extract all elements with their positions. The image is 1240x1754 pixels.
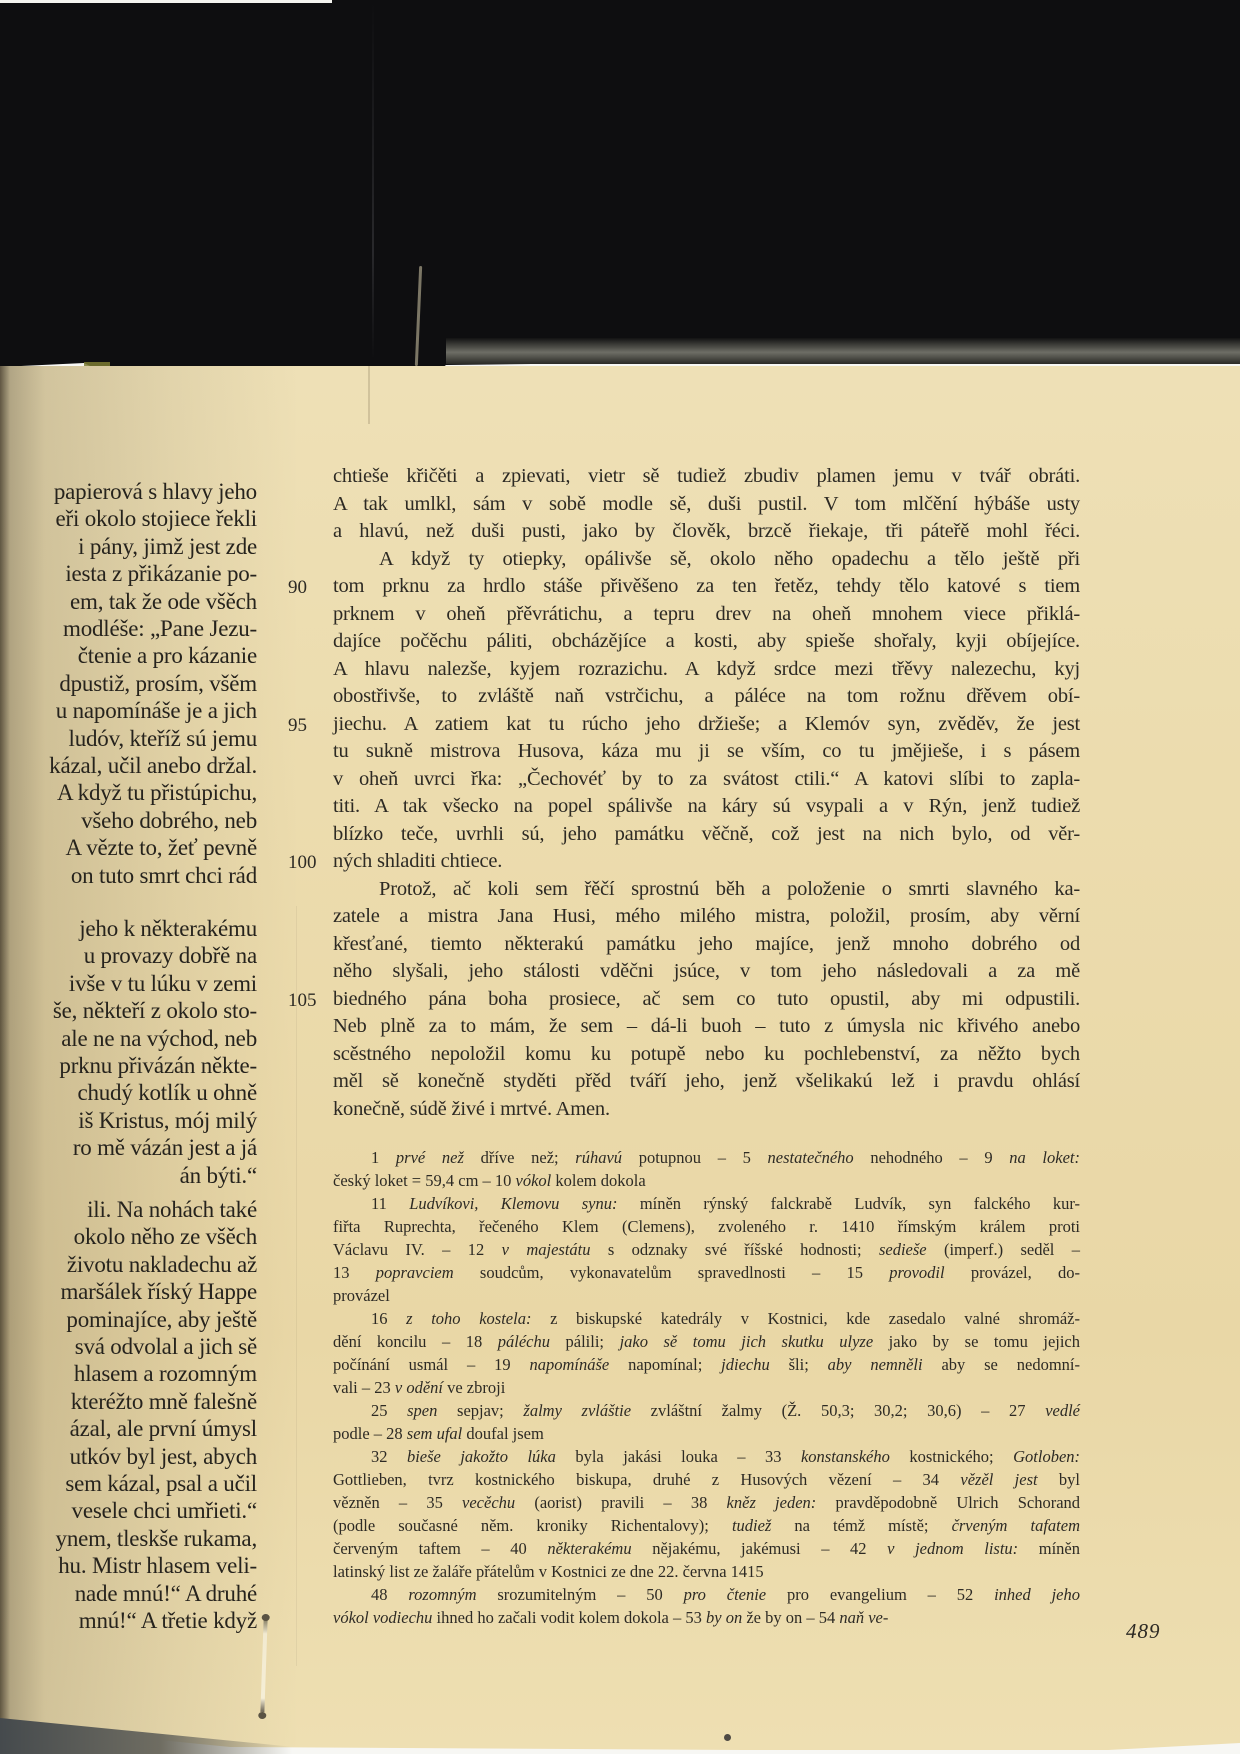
main-text-line: zatele a mistra Jana Husi, mého milého m… xyxy=(333,903,1080,931)
left-text-line: čtenie a pro kázanie xyxy=(78,642,257,669)
footnote-text: Gottlieben, tvrz kostnického biskupa, dr… xyxy=(333,1470,960,1489)
left-text-line: chudý kotlík u ohně xyxy=(77,1079,257,1106)
footnote-text: fiřta Ruprechta, řečeného Klem (Clemens)… xyxy=(333,1217,1080,1236)
left-text-line: maršálek říský Happe xyxy=(60,1278,257,1305)
main-text: A když ty otiepky, opálivše sě, okolo ně… xyxy=(379,548,1080,570)
scan-top-edge xyxy=(0,0,332,3)
left-text-line: životu nakladechu až xyxy=(67,1251,257,1278)
footnote-line: 32 bieše jakožto lúka byla jakási louka … xyxy=(333,1445,1080,1468)
left-text-line: ili. Na nohách také xyxy=(87,1196,257,1223)
main-text: chtieše křičěti a zpievati, vietr sě tud… xyxy=(333,465,1080,487)
footnote-lemma: jdiechu xyxy=(721,1355,770,1374)
footnote-line: 1 prvé než dříve než; rúhavú potupnou – … xyxy=(333,1146,1080,1169)
main-text-line: konečně, súdě živé i mrtvé. Amen. xyxy=(333,1096,1080,1124)
footnote-line: 25 spen sepjav; žalmy zvláštie zvláštní … xyxy=(333,1399,1080,1422)
left-text-line: hlasem a rozomným xyxy=(74,1360,257,1387)
footnote-text: (imperf.) seděl – xyxy=(927,1240,1080,1259)
footnote-text: kostnického; xyxy=(890,1447,1013,1466)
left-text-line: i pány, jimž jest zde xyxy=(78,533,257,560)
left-text-line: prknu přivázán někte- xyxy=(59,1052,257,1079)
main-text-line: něho slyšali, jeho stálosti vděčni jsúce… xyxy=(333,958,1080,986)
main-text-line: chtieše křičěti a zpievati, vietr sě tud… xyxy=(333,463,1080,491)
cover-crease xyxy=(372,0,374,360)
footnote-text: že by on – 54 xyxy=(742,1608,839,1627)
left-text-line: vesele chci umřieti.“ xyxy=(72,1497,257,1524)
footnote-text: šli; xyxy=(770,1355,828,1374)
main-text: tom prknu za hrdlo stáše přivěšeno za te… xyxy=(333,575,1080,597)
footnote-text: latinský list ze žaláře přátelům v Kostn… xyxy=(333,1562,764,1581)
book-scan: papierová s hlavy jehoeři okolo stojiece… xyxy=(0,0,1240,1754)
footnote-text: sepjav; xyxy=(437,1401,523,1420)
left-text-line: ale ne na východ, neb xyxy=(61,1025,257,1052)
line-number: 95 xyxy=(288,712,330,740)
footnote-text: srozumitelným – 50 xyxy=(476,1585,683,1604)
footnote-lemma: vedlé xyxy=(1045,1401,1080,1420)
footnote-lemma: některakému xyxy=(547,1539,631,1558)
footnote-lemma: sedieše xyxy=(879,1240,927,1259)
footnote-lemma: sem ufal xyxy=(407,1424,462,1443)
footnote-lemma: rozomným xyxy=(408,1585,476,1604)
main-text: zatele a mistra Jana Husi, mého milého m… xyxy=(333,905,1080,927)
footnote-text: jako by se tomu jejich xyxy=(873,1332,1080,1351)
footnote-lemma: prvé než xyxy=(396,1148,464,1167)
footnote-text: červeným taftem – 40 xyxy=(333,1539,547,1558)
main-text: konečně, súdě živé i mrtvé. Amen. xyxy=(333,1098,610,1120)
left-text-line: A když tu přistúpichu, xyxy=(57,779,257,806)
left-text-line: utkóv byl jest, abych xyxy=(70,1443,257,1470)
line-number: 100 xyxy=(288,849,330,877)
footnote-text: kolem dokola xyxy=(551,1171,645,1190)
footnote-line: fiřta Ruprechta, řečeného Klem (Clemens)… xyxy=(333,1215,1080,1238)
footnote-text: byl xyxy=(1038,1470,1080,1489)
left-text-line: hu. Mistr hlasem veli- xyxy=(58,1552,257,1579)
left-text-line: všeho dobrého, neb xyxy=(81,807,257,834)
footnote-text: vězněn – 35 xyxy=(333,1493,462,1512)
main-text: A hlavu nalezše, kyjem rozrazichu. A kdy… xyxy=(333,658,1080,680)
left-text-line: A vězte to, žeť pevně xyxy=(66,834,257,861)
main-text: měl sě konečně styděti přěd tváří jeho, … xyxy=(333,1070,1080,1092)
main-text-line: A tak umlkl, sám v sobě modle sě, duši p… xyxy=(333,491,1080,519)
footnote-lemma: by on xyxy=(706,1608,742,1627)
footnote-text: 25 xyxy=(371,1401,407,1420)
footnote-lemma: páléchu xyxy=(498,1332,550,1351)
left-text-line: u provazy dobřě na xyxy=(84,942,257,969)
main-text-line: měl sě konečně styděti přěd tváří jeho, … xyxy=(333,1068,1080,1096)
main-text: něho slyšali, jeho stálosti vděčni jsúce… xyxy=(333,960,1080,982)
footnote-text: Václavu IV. – 12 xyxy=(333,1240,502,1259)
footnote-lemma: tudiež xyxy=(732,1516,771,1535)
footnote-text: napomínal; xyxy=(609,1355,721,1374)
footnote-lemma: Gotloben: xyxy=(1013,1447,1080,1466)
main-text-line: A hlavu nalezše, kyjem rozrazichu. A kdy… xyxy=(333,656,1080,684)
left-text-line: ázal, ale první úmysl xyxy=(70,1415,257,1442)
footnote-line: podle – 28 sem ufal doufal jsem xyxy=(333,1422,1080,1445)
footnote-text: nějakému, jakémusi – 42 xyxy=(632,1539,888,1558)
footnote-text: počínání usmál – 19 xyxy=(333,1355,529,1374)
footnote-lemma: naň ve- xyxy=(839,1608,888,1627)
main-text: scěstného nepoložil komu ku potupě nebo … xyxy=(333,1043,1080,1065)
footnote-line: vězněn – 35 vecěchu (aorist) pravili – 3… xyxy=(333,1491,1080,1514)
main-text: tu sukně mistrova Husova, káza mu ji se … xyxy=(333,740,1080,762)
footnote-text: míněn xyxy=(1018,1539,1080,1558)
book-cover xyxy=(0,0,1240,372)
main-text: A tak umlkl, sám v sobě modle sě, duši p… xyxy=(333,493,1080,515)
footnote-line: 11 Ludvíkovi, Klemovu synu: míněn rýnský… xyxy=(333,1192,1080,1215)
footnote-line: 16 z toho kostela: z biskupské katedrály… xyxy=(333,1307,1080,1330)
left-text-line: še, někteří z okolo sto- xyxy=(53,997,257,1024)
main-text: blízko teče, uvrhli sú, jeho památku věč… xyxy=(333,823,1080,845)
main-text-line: Neb plně za to mám, že sem – dá-li buoh … xyxy=(333,1013,1080,1041)
page-crease xyxy=(296,906,297,1666)
footnote-lemma: vókol vodiechu xyxy=(333,1608,432,1627)
footnote-line: 48 rozomným srozumitelným – 50 pro čteni… xyxy=(333,1583,1080,1606)
left-text-line: sem kázal, psal a učil xyxy=(65,1470,257,1497)
footnote-text: byla jakási louka – 33 xyxy=(556,1447,801,1466)
main-text-line: a hlavú, než duši pusti, jako by člověk,… xyxy=(333,518,1080,546)
footnote-lemma: pro čtenie xyxy=(684,1585,767,1604)
footnote-lemma: vecěchu xyxy=(462,1493,515,1512)
left-text-line: svá odvolal a jich sě xyxy=(75,1333,257,1360)
main-text-column: chtieše křičěti a zpievati, vietr sě tud… xyxy=(333,463,1080,1123)
cover-bottom-edge-highlight xyxy=(446,338,1240,364)
footnote-line: počínání usmál – 19 napomínáše napomínal… xyxy=(333,1353,1080,1376)
footnote-lemma: v odění xyxy=(395,1378,443,1397)
footnote-lemma: žalmy zvláštie xyxy=(523,1401,631,1420)
main-text: Protož, ač koli sem řěčí sprostnú běh a … xyxy=(379,878,1080,900)
main-text-line: 105biedného pána boha prosiece, ač sem c… xyxy=(333,986,1080,1014)
footnote-text: potupnou – 5 xyxy=(622,1148,768,1167)
footnote-lemma: črveným tafatem xyxy=(952,1516,1080,1535)
main-text-line: 90tom prknu za hrdlo stáše přivěšeno za … xyxy=(333,573,1080,601)
footnote-text: pálili; xyxy=(550,1332,620,1351)
line-number: 90 xyxy=(288,574,330,602)
left-text-line: kteréžto mně falešně xyxy=(71,1388,257,1415)
main-text-line: 100ných shladiti chtiece. xyxy=(333,848,1080,876)
left-text-line: iš Kristus, mój milý xyxy=(78,1107,257,1134)
footnote-text: český loket = 59,4 cm – 10 xyxy=(333,1171,516,1190)
footnote-text: dění koncilu – 18 xyxy=(333,1332,498,1351)
main-text-line: blízko teče, uvrhli sú, jeho památku věč… xyxy=(333,821,1080,849)
main-text: titi. A tak všecko na popel spálivše na … xyxy=(333,795,1080,817)
footnote-lemma: napomínáše xyxy=(529,1355,609,1374)
footnote-lemma: na loket: xyxy=(1009,1148,1080,1167)
page-fold-line xyxy=(368,366,370,424)
footnote-line: (podle současné něm. kroniky Richentalov… xyxy=(333,1514,1080,1537)
footnote-lemma: vězěl jest xyxy=(960,1470,1037,1489)
footnote-text: nehodného – 9 xyxy=(854,1148,1010,1167)
main-text: jiechu. A zatiem kat tu rúcho jeho držie… xyxy=(333,713,1080,735)
left-text-line: pominajíce, aby ještě xyxy=(66,1306,257,1333)
footnote-lemma: v majestátu xyxy=(502,1240,591,1259)
footnote-line: provázel xyxy=(333,1284,1080,1307)
left-text-line: ivše v tu lúku v zemi xyxy=(69,970,257,997)
main-text: Neb plně za to mám, že sem – dá-li buoh … xyxy=(333,1015,1080,1037)
left-text-line: iesta z přikázanie po- xyxy=(65,560,257,587)
left-text-line: em, tak že ode všěch xyxy=(70,588,257,615)
footnote-text: ihned ho začali vodit kolem dokola – 53 xyxy=(432,1608,706,1627)
main-text-line: scěstného nepoložil komu ku potupě nebo … xyxy=(333,1041,1080,1069)
footnote-lemma: v jednom listu: xyxy=(887,1539,1018,1558)
left-text-line: mnú!“ A třetie když xyxy=(79,1607,257,1634)
footnote-text: 48 xyxy=(371,1585,408,1604)
footnote-text: 32 xyxy=(371,1447,407,1466)
footnote-text: aby se nedomní- xyxy=(923,1355,1080,1374)
footnote-lemma: vókol xyxy=(516,1171,552,1190)
footnote-text: provázel xyxy=(333,1286,390,1305)
main-text-line: dajíce počěchu páliti, obcházějíce a kos… xyxy=(333,628,1080,656)
line-number: 105 xyxy=(288,987,330,1015)
main-text-line: tu sukně mistrova Husova, káza mu ji se … xyxy=(333,738,1080,766)
left-text-line: kázal, učil anebo držal. xyxy=(49,752,257,779)
footnote-line: vali – 23 v odění ve zbroji xyxy=(333,1376,1080,1399)
left-text-line: dpustiž, prosím, všěm xyxy=(59,670,257,697)
left-text-line: u napomínáše je a jich xyxy=(56,697,257,724)
main-text-line: A když ty otiepky, opálivše sě, okolo ně… xyxy=(333,546,1080,574)
main-text: křesťané, tiemto některakú památku jeho … xyxy=(333,933,1080,955)
main-text: biedného pána boha prosiece, ač sem co t… xyxy=(333,988,1080,1010)
left-text-line: ynem, tleskše rukama, xyxy=(56,1525,257,1552)
main-text-line: obostřivše, to zvláště naň vstrčichu, a … xyxy=(333,683,1080,711)
footnote-lemma: nestatečného xyxy=(768,1148,854,1167)
footnote-text: pro evangelium – 52 xyxy=(766,1585,994,1604)
footnote-lemma: popravciem xyxy=(376,1263,454,1282)
footnote-lemma: rúhavú xyxy=(575,1148,622,1167)
footnote-lemma: bieše jakožto lúka xyxy=(407,1447,556,1466)
left-text-line: modléše: „Pane Jezu- xyxy=(63,615,257,642)
footnote-lemma: z toho kostela: xyxy=(406,1309,531,1328)
main-text-line: prknem v oheň přěvrátichu, a tepru drev … xyxy=(333,601,1080,629)
footnote-line: vókol vodiechu ihned ho začali vodit kol… xyxy=(333,1606,1080,1629)
left-text-line: án býti.“ xyxy=(180,1162,257,1189)
main-text: v oheň uvrci řka: „Čechovéť by to za svá… xyxy=(333,768,1080,790)
main-text: dajíce počěchu páliti, obcházějíce a kos… xyxy=(333,630,1080,652)
left-text-line: jeho k některakému xyxy=(79,915,257,942)
left-text-line: papierová s hlavy jeho xyxy=(54,478,257,505)
main-text: ných shladiti chtiece. xyxy=(333,850,502,872)
footnote-text: 1 xyxy=(371,1148,396,1167)
footnote-text: 16 xyxy=(371,1309,406,1328)
footnote-text: 11 xyxy=(371,1194,409,1213)
ink-dot xyxy=(724,1734,731,1741)
main-text-line: titi. A tak všecko na popel spálivše na … xyxy=(333,793,1080,821)
left-text-line: ro mě vázán jest a já xyxy=(73,1134,257,1161)
main-text: obostřivše, to zvláště naň vstrčichu, a … xyxy=(333,685,1080,707)
footnote-line: latinský list ze žaláře přátelům v Kostn… xyxy=(333,1560,1080,1583)
footnote-text: provázel, do- xyxy=(945,1263,1080,1282)
footnote-line: Gottlieben, tvrz kostnického biskupa, dr… xyxy=(333,1468,1080,1491)
main-text: a hlavú, než duši pusti, jako by člověk,… xyxy=(333,520,1080,542)
footnote-lemma: Ludvíkovi, Klemovu synu: xyxy=(409,1194,617,1213)
footnote-line: český loket = 59,4 cm – 10 vókol kolem d… xyxy=(333,1169,1080,1192)
footnote-lemma: jako sě tomu jich skutku ulyze xyxy=(620,1332,874,1351)
footnote-text: doufal jsem xyxy=(462,1424,544,1443)
footnote-text: (podle současné něm. kroniky Richentalov… xyxy=(333,1516,732,1535)
footnote-text: podle – 28 xyxy=(333,1424,407,1443)
footnote-text: 13 xyxy=(333,1263,376,1282)
left-text-column: papierová s hlavy jehoeři okolo stojiece… xyxy=(0,478,259,1638)
footnote-text: vali – 23 xyxy=(333,1378,395,1397)
footnote-text: s odznaky své říšské hodnosti; xyxy=(590,1240,878,1259)
footnote-lemma: aby nemněli xyxy=(828,1355,923,1374)
footnote-line: červeným taftem – 40 některakému nějakém… xyxy=(333,1537,1080,1560)
footnote-lemma: spen xyxy=(407,1401,437,1420)
footnote-lemma: inhed jeho xyxy=(994,1585,1080,1604)
footnote-text: dříve než; xyxy=(464,1148,575,1167)
left-text-line: on tuto smrt chci rád xyxy=(71,862,257,889)
main-text-line: v oheň uvrci řka: „Čechovéť by to za svá… xyxy=(333,766,1080,794)
main-text-line: 95jiechu. A zatiem kat tu rúcho jeho drž… xyxy=(333,711,1080,739)
footnote-lemma: provodil xyxy=(889,1263,944,1282)
main-text-line: Protož, ač koli sem řěčí sprostnú běh a … xyxy=(333,876,1080,904)
footnotes: 1 prvé než dříve než; rúhavú potupnou – … xyxy=(333,1146,1080,1629)
page-number: 489 xyxy=(1126,1619,1161,1644)
left-text-line: eři okolo stojiece řekli xyxy=(56,505,258,532)
left-text-line: nade mnú!“ A druhé xyxy=(75,1580,257,1607)
footnote-line: Václavu IV. – 12 v majestátu s odznaky s… xyxy=(333,1238,1080,1261)
footnote-text: z biskupské katedrály v Kostnici, kde za… xyxy=(531,1309,1080,1328)
footnote-text: na témž místě; xyxy=(771,1516,951,1535)
footnote-lemma: konstanského xyxy=(801,1447,890,1466)
footnote-line: 13 popravciem soudcům, vykonavatelům spr… xyxy=(333,1261,1080,1284)
footnote-text: pravděpodobně Ulrich Schorand xyxy=(816,1493,1080,1512)
footnote-text: (aorist) pravili – 38 xyxy=(515,1493,726,1512)
footnote-lemma: kněz jeden: xyxy=(727,1493,817,1512)
main-text-line: křesťané, tiemto některakú památku jeho … xyxy=(333,931,1080,959)
left-text-line: okolo něho ze všěch xyxy=(74,1223,257,1250)
footnote-text: zvláštní žalmy (Ž. 50,3; 30,2; 30,6) – 2… xyxy=(631,1401,1045,1420)
left-text-line: ludóv, kteříž sú jemu xyxy=(69,725,258,752)
main-text: prknem v oheň přěvrátichu, a tepru drev … xyxy=(333,603,1080,625)
footnote-text: ve zbroji xyxy=(443,1378,505,1397)
footnote-line: dění koncilu – 18 páléchu pálili; jako s… xyxy=(333,1330,1080,1353)
footnote-text: míněn rýnský falckrabě Ludvík, syn falck… xyxy=(617,1194,1080,1213)
footnote-text: soudcům, vykonavatelům spravedlnosti – 1… xyxy=(454,1263,890,1282)
